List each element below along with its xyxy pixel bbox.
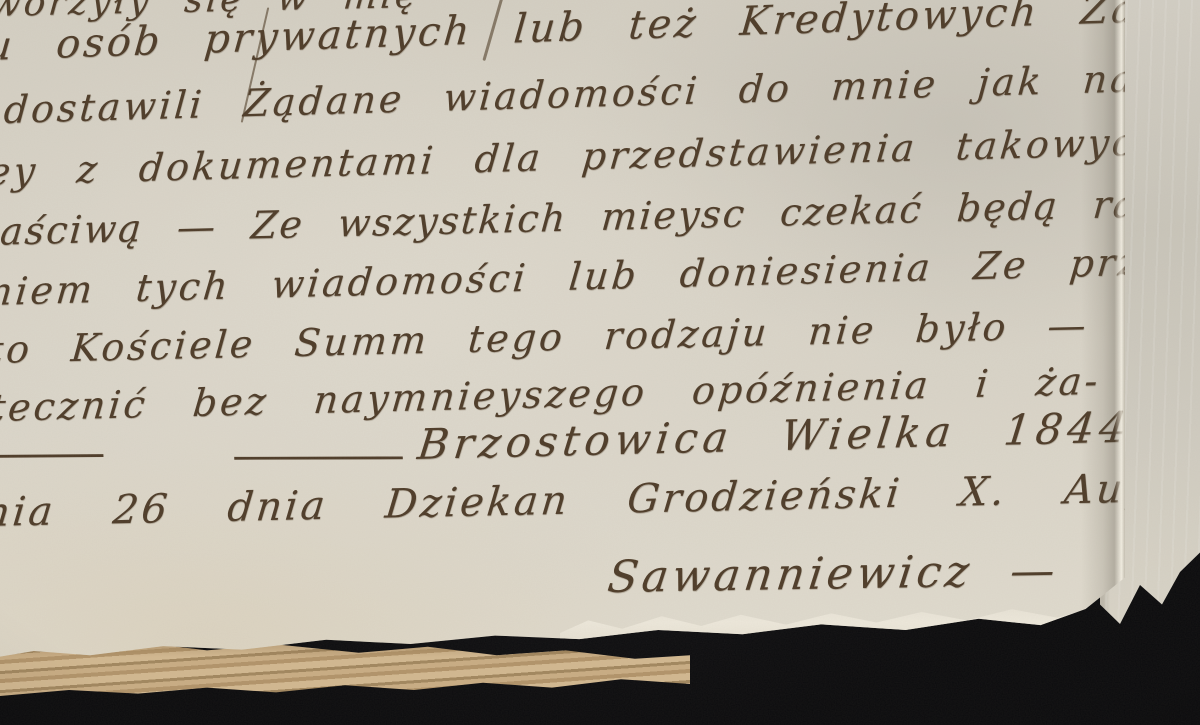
ink-dash: — — [0, 427, 110, 479]
closing-line: nia 26 dnia Dziekan Grodzieński X. Augus… — [0, 463, 1200, 536]
ink-dash: — — [225, 430, 412, 481]
manuscript-photo: worzyły się w mię u osób prywatnych lub … — [0, 0, 1200, 725]
handwritten-line-4: ey z dokumentami dla przedstawienia tako… — [0, 119, 1166, 194]
handwritten-line-6: niem tych wiadomości lub doniesienia Ze … — [0, 239, 1184, 314]
signature: Sawanniewicz — — [605, 545, 1062, 603]
manuscript-page: worzyły się w mię u osób prywatnych lub … — [0, 0, 1125, 700]
handwritten-line-3: dostawili Żądane wiadomości do mnie jak … — [2, 55, 1178, 132]
